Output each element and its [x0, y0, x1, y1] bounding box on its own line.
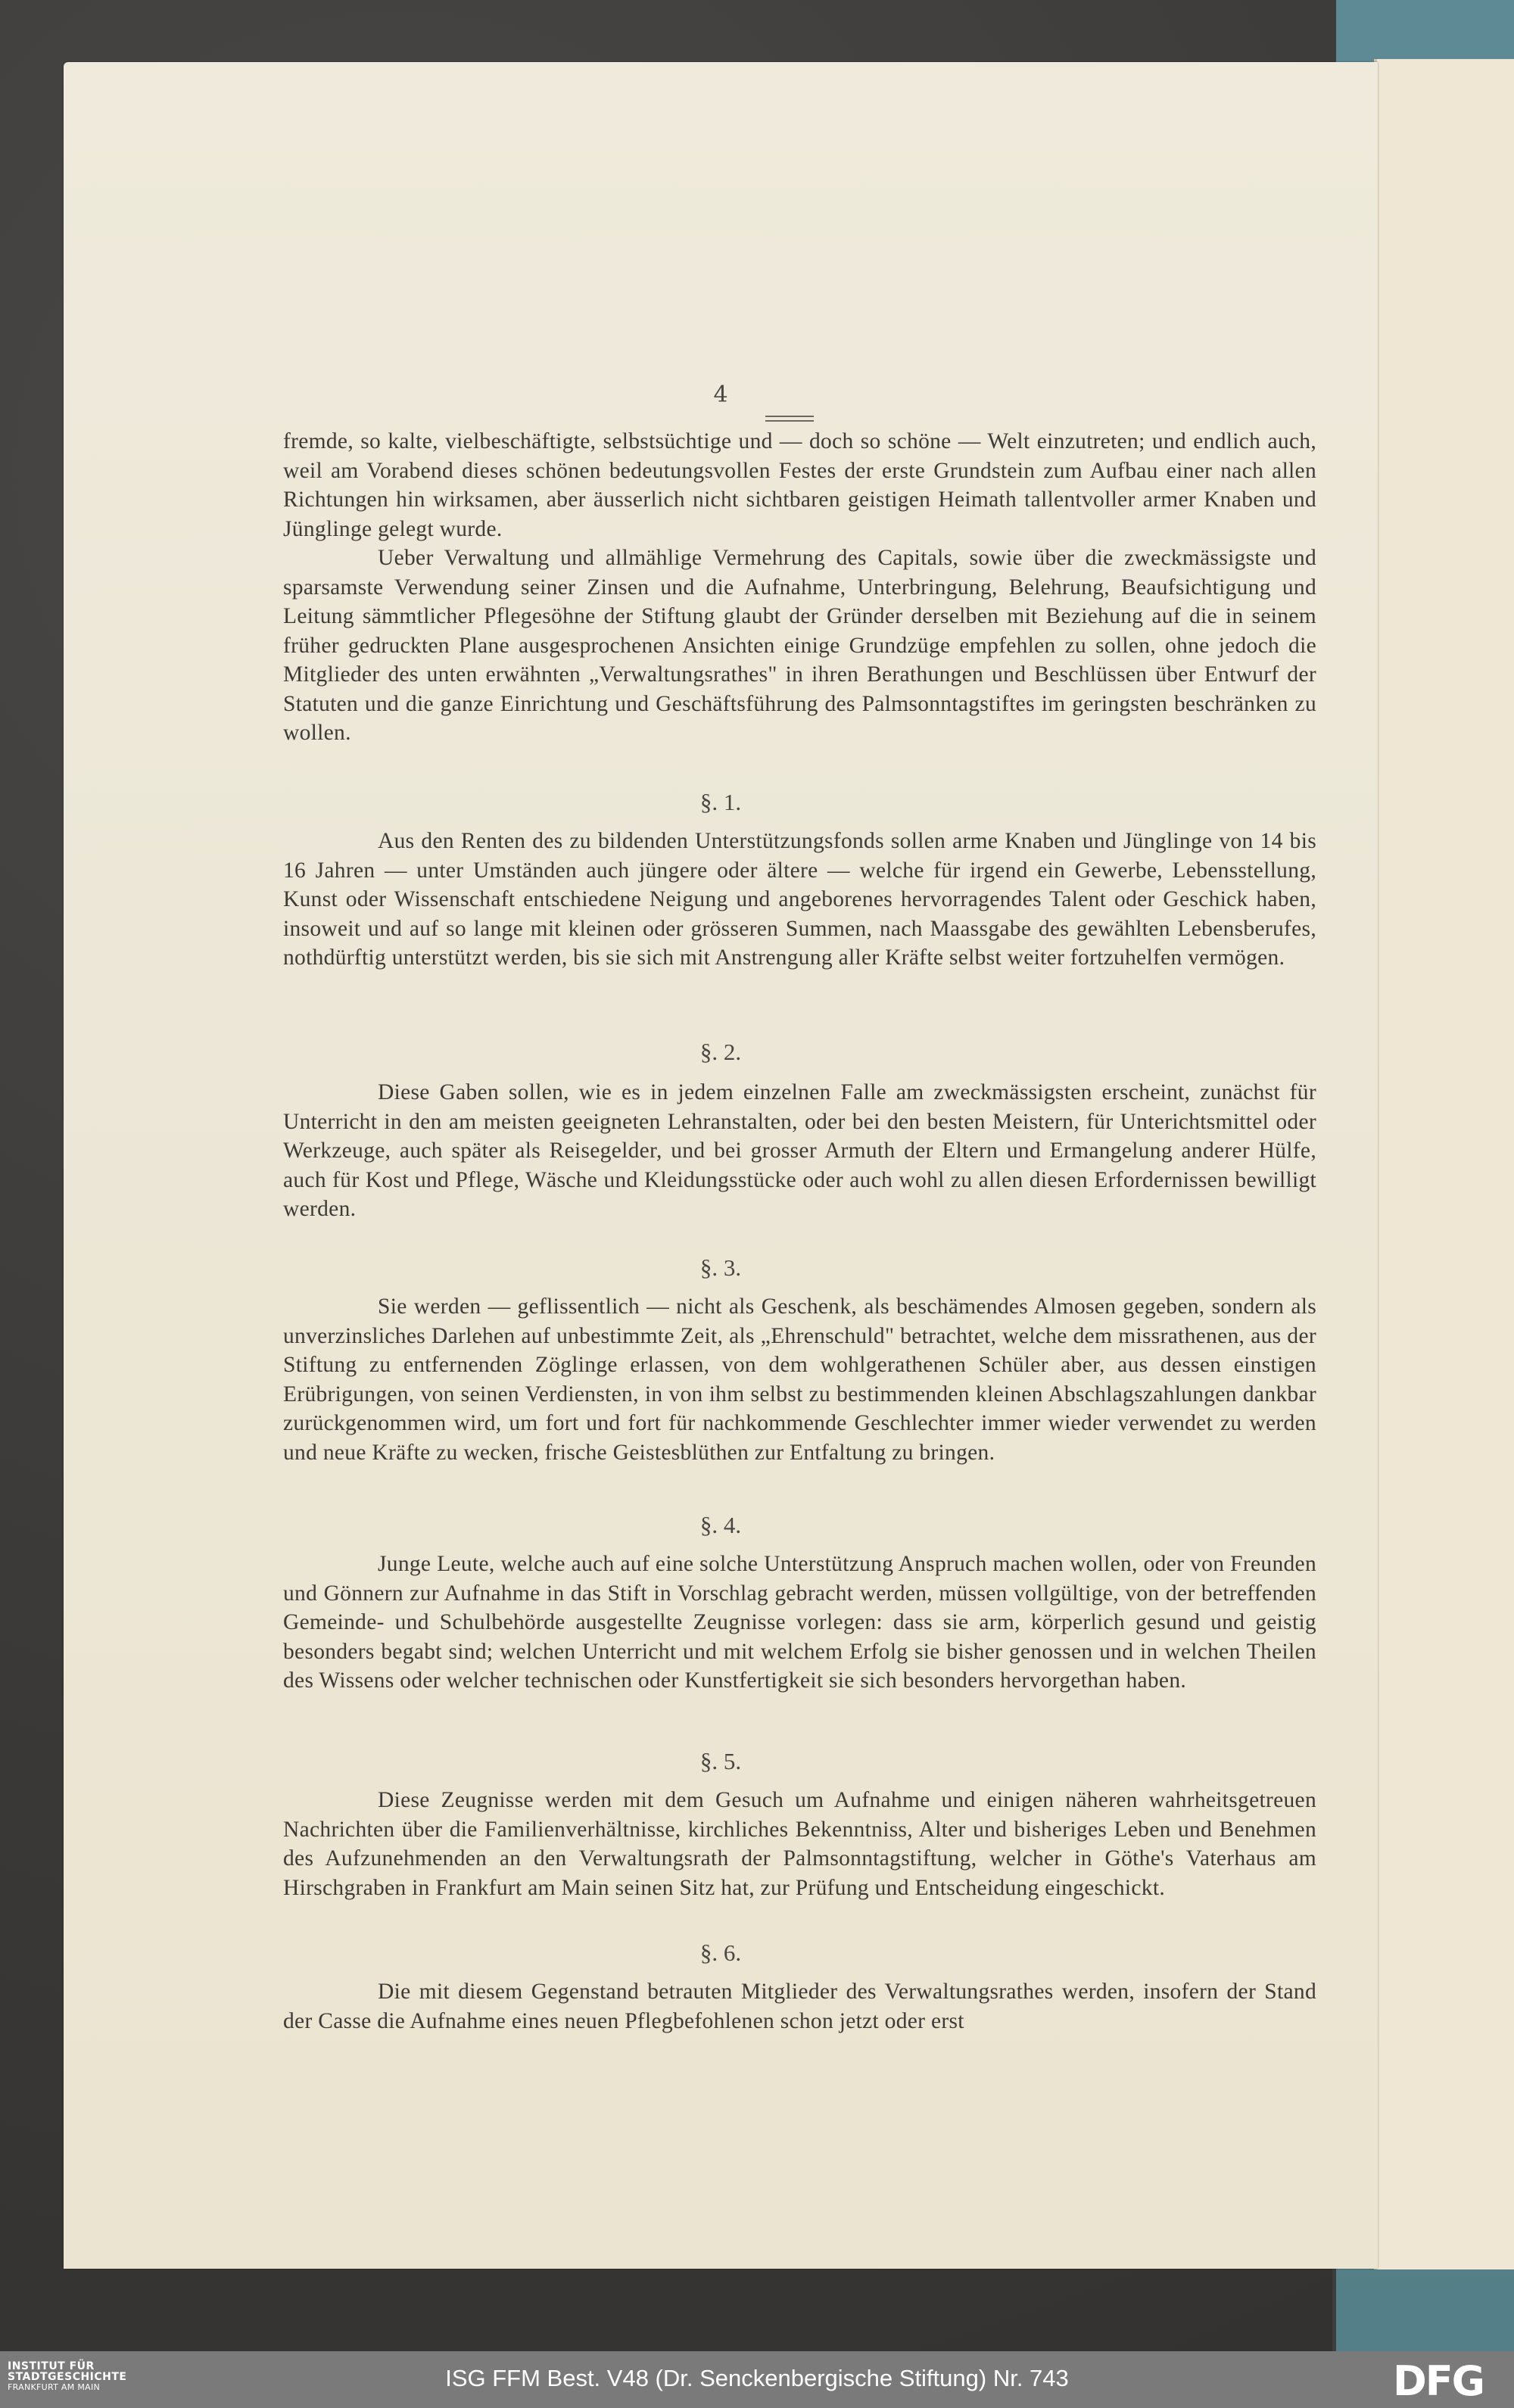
section-6: Die mit diesem Gegenstand betrauten Mitg… — [283, 1977, 1316, 2036]
section-2: Diese Gaben sollen, wie es in jedem einz… — [283, 1078, 1316, 1224]
section-2-text: Diese Gaben sollen, wie es in jedem einz… — [283, 1078, 1316, 1224]
document-page: 4 fremde, so kalte, vielbeschäftigte, se… — [64, 62, 1378, 2269]
section-5: Diese Zeugnisse werden mit dem Gesuch um… — [283, 1786, 1316, 1902]
dfg-logo-icon: DFG — [1393, 2360, 1484, 2403]
section-heading-6: §. 6. — [64, 1939, 1378, 1967]
viewer-footer: INSTITUT FÜR STADTGESCHICHTE FRANKFURT A… — [0, 2351, 1514, 2408]
section-4-text: Junge Leute, welche auch auf eine solche… — [283, 1550, 1316, 1696]
page-number: 4 — [64, 382, 1378, 408]
section-5-text: Diese Zeugnisse werden mit dem Gesuch um… — [283, 1786, 1316, 1902]
intro-text: fremde, so kalte, vielbeschäftigte, selb… — [283, 427, 1316, 748]
page-number-rule — [765, 416, 814, 422]
archive-reference: ISG FFM Best. V48 (Dr. Senckenbergische … — [0, 2365, 1514, 2392]
section-heading-4: §. 4. — [64, 1512, 1378, 1539]
section-4: Junge Leute, welche auch auf eine solche… — [283, 1550, 1316, 1696]
section-3-text: Sie werden — geflissentlich — nicht als … — [283, 1292, 1316, 1467]
section-heading-5: §. 5. — [64, 1748, 1378, 1775]
intro-paragraph-2: Ueber Verwaltung und allmählige Vermehru… — [283, 544, 1316, 748]
section-3: Sie werden — geflissentlich — nicht als … — [283, 1292, 1316, 1467]
section-1: Aus den Renten des zu bildenden Unterstü… — [283, 827, 1316, 973]
adjacent-page-edge — [1374, 59, 1514, 2269]
section-heading-2: §. 2. — [64, 1039, 1378, 1066]
section-heading-3: §. 3. — [64, 1254, 1378, 1282]
section-heading-1: §. 1. — [64, 789, 1378, 816]
section-1-text: Aus den Renten des zu bildenden Unterstü… — [283, 827, 1316, 973]
section-6-text: Die mit diesem Gegenstand betrauten Mitg… — [283, 1977, 1316, 2036]
intro-paragraph-1: fremde, so kalte, vielbeschäftigte, selb… — [283, 427, 1316, 544]
